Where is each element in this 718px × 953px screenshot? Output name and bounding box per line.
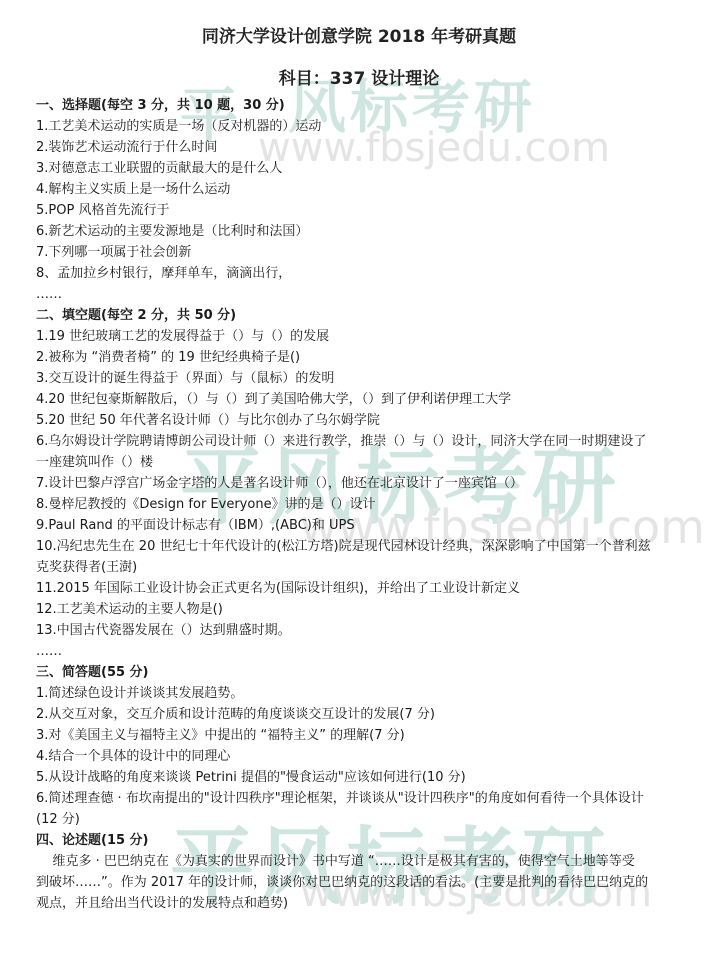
essay-paragraph-line: 到破坏……”。作为 2017 年的设计师，谈谈你对巴巴纳克的这段话的看法。(主要… [36, 873, 648, 894]
list-item: 5.20 世纪 50 年代著名设计师（）与比尔创办了乌尔姆学院 [36, 411, 380, 432]
list-item: 12.工艺美术运动的主要人物是() [36, 600, 223, 621]
ellipsis: …… [36, 642, 62, 663]
essay-paragraph-line: 维克多 · 巴巴纳克在《为真实的世界而设计》书中写道 “……设计是极其有害的，使… [36, 852, 635, 873]
list-item: 2.从交互对象，交互介质和设计范畴的角度谈谈交互设计的发展(7 分) [36, 705, 435, 726]
list-item: 6.乌尔姆设计学院聘请博朗公司设计师（）来进行教学，推崇（）与（）设计，同济大学… [36, 432, 646, 453]
list-item: 3.对《美国主义与福特主义》中提出的 “福特主义” 的理解(7 分) [36, 726, 405, 747]
section-heading-fill-blank: 二、填空题(每空 2 分，共 50 分) [36, 306, 236, 327]
list-item: 8.曼梓尼教授的《Design for Everyone》讲的是（）设计 [36, 495, 376, 516]
section-heading-essay: 四、论述题(15 分) [36, 831, 149, 852]
essay-paragraph-line: 观点，并且给出当代设计的发展特点和趋势) [36, 894, 288, 915]
list-item: 3.对德意志工业联盟的贡献最大的是什么人 [36, 159, 282, 180]
list-item: 8、孟加拉乡村银行，摩拜单车，滴滴出行， [36, 264, 291, 285]
list-item: 3.交互设计的诞生得益于（界面）与（鼠标）的发明 [36, 369, 334, 390]
list-item: 4.结合一个具体的设计中的同理心 [36, 747, 230, 768]
list-item: 1.工艺美术运动的实质是一场（反对机器的）运动 [36, 117, 321, 138]
list-item-continuation: 克奖获得者(王澍) [36, 558, 137, 579]
list-item: 6.新艺术运动的主要发源地是（比利时和法国） [36, 222, 308, 243]
list-item: 10.冯纪忠先生在 20 世纪七十年代设计的(松江方塔)院是现代园林设计经典，深… [36, 537, 651, 558]
list-item-continuation: (12 分) [36, 810, 80, 831]
list-item-continuation: 一座建筑叫作（）楼 [36, 453, 153, 474]
list-item: 2.装饰艺术运动流行于什么时间 [36, 138, 217, 159]
ellipsis: …… [36, 285, 62, 306]
list-item: 4.20 世纪包豪斯解散后，（）与（）到了美国哈佛大学，（）到了伊利诺伊理工大学 [36, 390, 511, 411]
list-item: 6.简述理查德 · 布坎南提出的"设计四秩序"理论框架，并谈谈从"设计四秩序"的… [36, 789, 644, 810]
list-item: 9.Paul Rand 的平面设计标志有（IBM）,(ABC)和 UPS [36, 516, 355, 537]
list-item: 7.设计巴黎卢浮宫广场金字塔的人是著名设计师（），他还在北京设计了一座宾馆（） [36, 474, 523, 495]
list-item: 13.中国古代瓷器发展在（）达到鼎盛时期。 [36, 621, 291, 642]
section-heading-short-answer: 三、简答题(55 分) [36, 663, 149, 684]
section-heading-choice: 一、选择题(每空 3 分，共 10 题，30 分) [36, 96, 285, 117]
list-item: 7.下列哪一项属于社会创新 [36, 243, 191, 264]
document-subject: 科目：337 设计理论 [0, 64, 718, 89]
document-title: 同济大学设计创意学院 2018 年考研真题 [0, 22, 718, 47]
list-item: 11.2015 年国际工业设计协会正式更名为(国际设计组织)，并给出了工业设计新… [36, 579, 520, 600]
list-item: 5.从设计战略的角度来谈谈 Petrini 提倡的"慢食运动"应该如何进行(10… [36, 768, 466, 789]
list-item: 1.19 世纪玻璃工艺的发展得益于（）与（）的发展 [36, 327, 329, 348]
list-item: 2.被称为 “消费者椅” 的 19 世纪经典椅子是() [36, 348, 300, 369]
list-item: 5.POP 风格首先流行于 [36, 201, 169, 222]
list-item: 4.解构主义实质上是一场什么运动 [36, 180, 230, 201]
list-item: 1.简述绿色设计并谈谈其发展趋势。 [36, 684, 243, 705]
